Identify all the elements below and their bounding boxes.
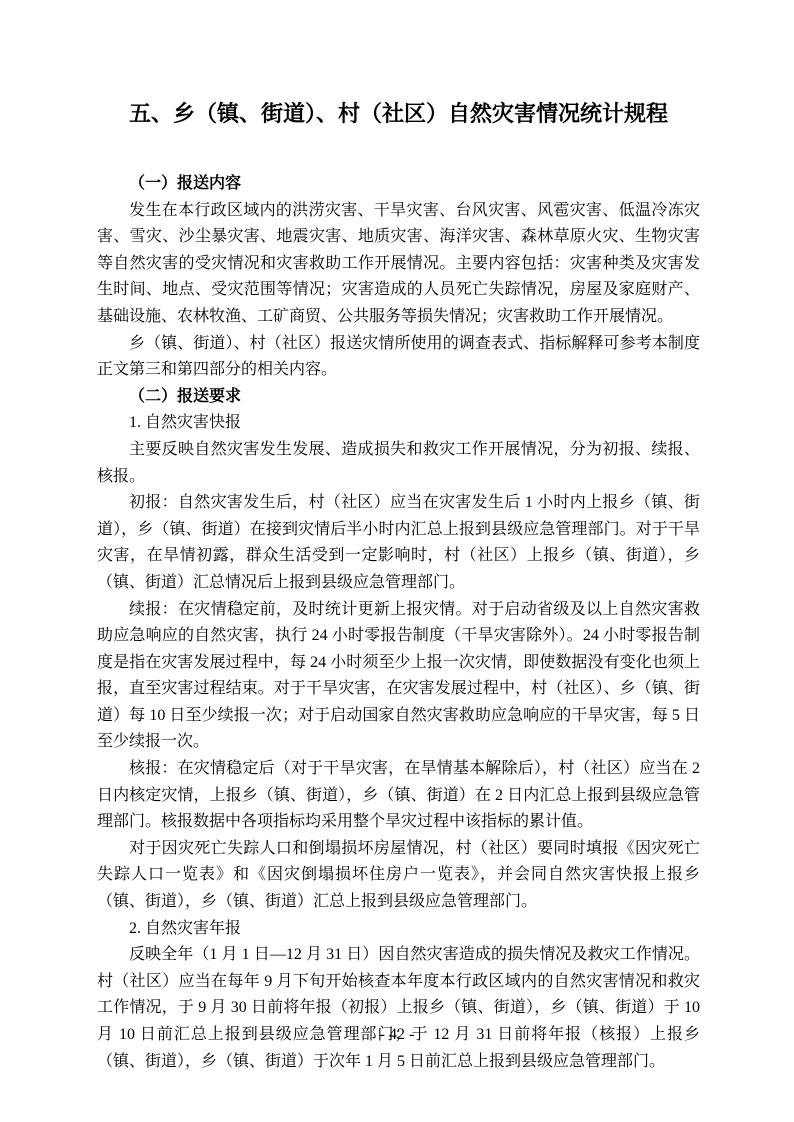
paragraph-quick-report-overview: 主要反映自然灾害发生发展、造成损失和救灾工作开展情况，分为初报、续报、核报。 xyxy=(97,437,700,490)
section-heading-report-content: （一）报送内容 xyxy=(97,171,700,198)
paragraph-initial-report: 初报：自然灾害发生后，村（社区）应当在灾害发生后 1 小时内上报乡（镇、街道），… xyxy=(97,490,700,596)
document-page: 五、乡（镇、街道）、村（社区）自然灾害情况统计规程 （一）报送内容 发生在本行政… xyxy=(0,0,794,1122)
paragraph-report-content-scope: 发生在本行政区域内的洪涝灾害、干旱灾害、台风灾害、风雹灾害、低温冷冻灾害、雪灾、… xyxy=(97,198,700,331)
subsection-heading-disaster-annual-report: 2. 自然灾害年报 xyxy=(97,916,700,943)
section-heading-report-requirements: （二）报送要求 xyxy=(97,384,700,411)
document-title: 五、乡（镇、街道）、村（社区）自然灾害情况统计规程 xyxy=(97,98,700,130)
subsection-heading-disaster-quick-report: 1. 自然灾害快报 xyxy=(97,410,700,437)
paragraph-casualty-housing-tables: 对于因灾死亡失踪人口和倒塌损坏房屋情况，村（社区）要同时填报《因灾死亡失踪人口一… xyxy=(97,836,700,916)
paragraph-continuation-report: 续报：在灾情稳定前，及时统计更新上报灾情。对于启动省级及以上自然灾害救助应急响应… xyxy=(97,597,700,757)
paragraph-verification-report: 核报：在灾情稳定后（对于干旱灾害，在旱情基本解除后），村（社区）应当在 2 日内… xyxy=(97,756,700,836)
paragraph-reference-forms: 乡（镇、街道）、村（社区）报送灾情所使用的调查表式、指标解释可参考本制度正文第三… xyxy=(97,331,700,384)
page-number: - 42 - xyxy=(0,1026,794,1044)
paragraph-annual-report: 反映全年（1 月 1 日—12 月 31 日）因自然灾害造成的损失情况及救灾工作… xyxy=(97,942,700,1075)
